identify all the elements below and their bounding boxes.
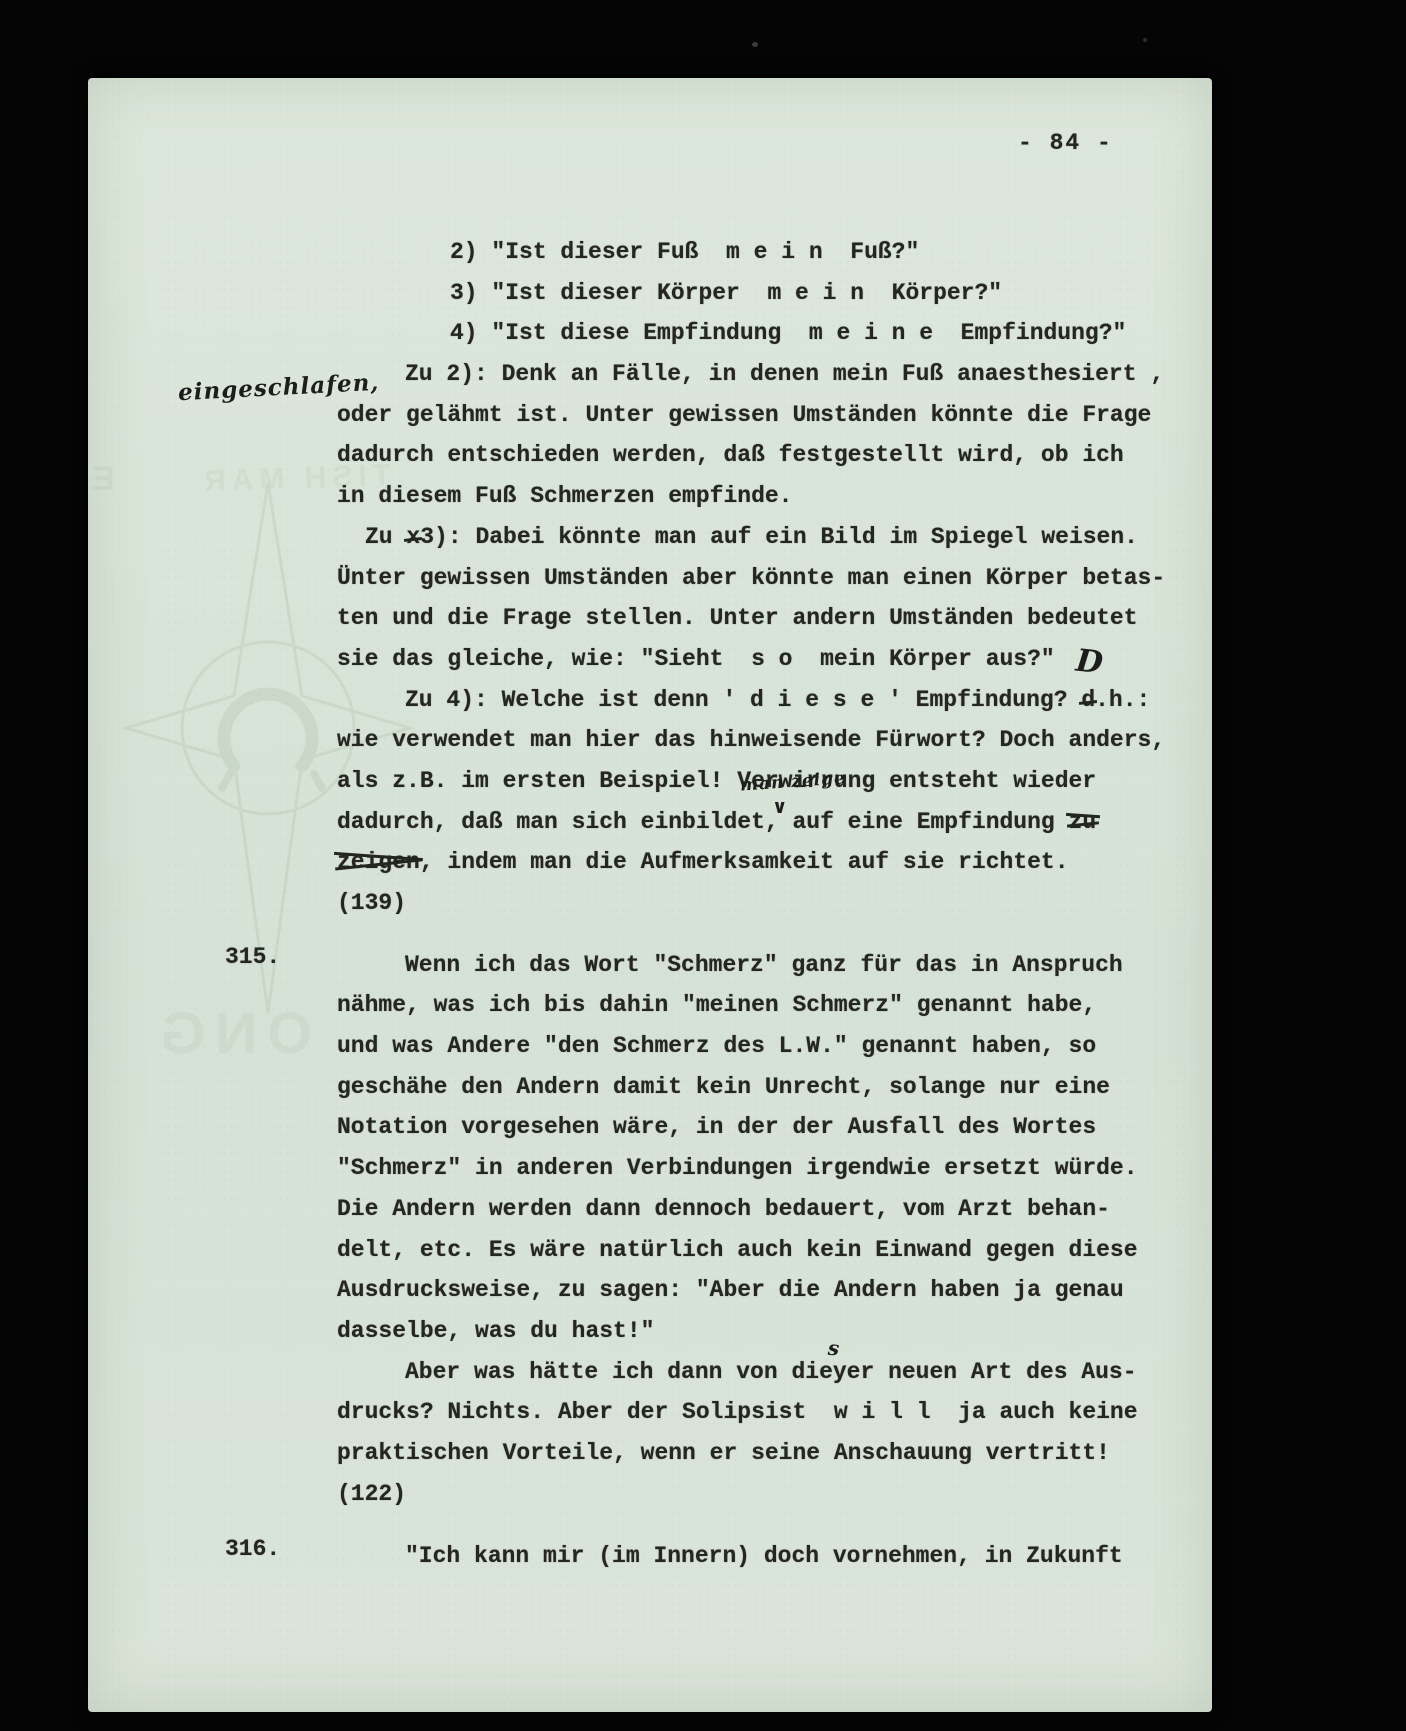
text-segment: sie das gleiche, wie: "Sieht s o mein Kö…: [337, 646, 1055, 672]
text-line: sie das gleiche, wie: "Sieht s o mein Kö…: [337, 639, 1177, 680]
text-segment: drucks? Nichts. Aber der Solipsist w i l…: [337, 1399, 1138, 1425]
text-segment: geschähe den Andern damit kein Unrecht, …: [337, 1074, 1110, 1100]
text-segment: ten und die Frage stellen. Unter andern …: [337, 605, 1138, 631]
section-number-315: 315.: [225, 944, 280, 970]
text-segment: .h.:: [1095, 687, 1150, 713]
text-line: oder gelähmt ist. Unter gewissen Umständ…: [337, 395, 1177, 436]
handwritten-correction-s: s: [827, 1336, 840, 1361]
text-segment: 4) "Ist diese Empfindung m e i n e Empfi…: [450, 320, 1126, 346]
text-segment: (122): [337, 1481, 406, 1507]
text-line: ten und die Frage stellen. Unter andern …: [337, 598, 1177, 639]
text-line: Zu 2): Denk an Fälle, in denen mein Fuß …: [337, 354, 1177, 395]
text-segment: als z.B. im ersten Beispiel! Verwirrung …: [337, 768, 1096, 794]
text-segment: in diesem Fuß Schmerzen empfinde.: [337, 483, 792, 509]
text-line: Zu x3): Dabei könnte man auf ein Bild im…: [337, 517, 1177, 558]
text-line: Ausdrucksweise, zu sagen: "Aber die Ande…: [337, 1270, 1177, 1311]
text-line: Ünter gewissen Umständen aber könnte man…: [337, 558, 1177, 599]
text-segment: "Schmerz" in anderen Verbindungen irgend…: [337, 1155, 1138, 1181]
text-segment: delt, etc. Es wäre natürlich auch kein E…: [337, 1237, 1138, 1263]
screenshot-root: { "page": { "number_label": "- 84 -", "s…: [0, 0, 1406, 1731]
text-line: (139): [337, 883, 1177, 924]
text-line: Aber was hätte ich dann von dieyer neuen…: [337, 1352, 1177, 1393]
text-segment: und was Andere "den Schmerz des L.W." ge…: [337, 1033, 1096, 1059]
text-line: Die Andern werden dann dennoch bedauert,…: [337, 1189, 1177, 1230]
text-line: wie verwendet man hier das hinweisende F…: [337, 720, 1177, 761]
text-segment: dadurch entschieden werden, daß festgest…: [337, 442, 1124, 468]
text-segment: , indem man die Aufmerksamkeit auf sie r…: [420, 849, 1069, 875]
text-segment: Wenn ich das Wort "Schmerz" ganz für das…: [405, 952, 1123, 978]
text-segment: Zu 2): Denk an Fälle, in denen mein Fuß …: [405, 361, 1164, 387]
text-segment: Ausdrucksweise, zu sagen: "Aber die Ande…: [337, 1277, 1124, 1303]
text-segment: (139): [337, 890, 406, 916]
text-segment: oder gelähmt ist. Unter gewissen Umständ…: [337, 402, 1151, 428]
insertion-caret: ∨: [772, 796, 787, 818]
text-line: Notation vorgesehen wäre, in der der Aus…: [337, 1107, 1177, 1148]
text-line: zeigen, indem man die Aufmerksamkeit auf…: [337, 842, 1177, 883]
struck-text: zeigen: [337, 842, 420, 883]
watermark-text-fragment: E: [92, 460, 115, 499]
dust-speck: [752, 42, 758, 47]
text-segment: Die Andern werden dann dennoch bedauert,…: [337, 1196, 1110, 1222]
text-line: Zu 4): Welche ist denn ' d i e s e ' Emp…: [337, 680, 1177, 721]
text-segment: Notation vorgesehen wäre, in der der Aus…: [337, 1114, 1096, 1140]
text-line: in diesem Fuß Schmerzen empfinde.: [337, 476, 1177, 517]
text-line: "Ich kann mir (im Innern) doch vornehmen…: [337, 1536, 1177, 1577]
text-line: "Schmerz" in anderen Verbindungen irgend…: [337, 1148, 1177, 1189]
text-line: und was Andere "den Schmerz des L.W." ge…: [337, 1026, 1177, 1067]
text-segment: "Ich kann mir (im Innern) doch vornehmen…: [405, 1543, 1123, 1569]
text-line: geschähe den Andern damit kein Unrecht, …: [337, 1067, 1177, 1108]
text-line: nähme, was ich bis dahin "meinen Schmerz…: [337, 985, 1177, 1026]
text-line: dasselbe, was du hast!": [337, 1311, 1177, 1352]
text-segment: 2) "Ist dieser Fuß m e i n Fuß?": [450, 239, 919, 265]
text-line: (122): [337, 1474, 1177, 1515]
struck-text: d: [1081, 680, 1095, 721]
handwritten-correction-d: D: [1074, 643, 1105, 682]
page-number: - 84 -: [1018, 130, 1113, 156]
text-segment: dadurch, daß man sich einbildet, auf ein…: [337, 809, 1069, 835]
text-segment: Zu 4): Welche ist denn ' d i e s e ' Emp…: [405, 687, 1081, 713]
text-line: 2) "Ist dieser Fuß m e i n Fuß?": [337, 232, 1177, 273]
section-number-316: 316.: [225, 1536, 280, 1562]
text-segment: 3) "Ist dieser Körper m e i n Körper?": [450, 280, 1002, 306]
text-segment: dasselbe, was du hast!": [337, 1318, 654, 1344]
typed-text-block: 2) "Ist dieser Fuß m e i n Fuß?"3) "Ist …: [337, 232, 1177, 1577]
text-line: delt, etc. Es wäre natürlich auch kein E…: [337, 1230, 1177, 1271]
paper-sheet: E TISH MAR ONG - 84 - 315. 316. 2) "Ist …: [88, 78, 1212, 1712]
text-line: dadurch, daß man sich einbildet, auf ein…: [337, 802, 1177, 843]
text-line: dadurch entschieden werden, daß festgest…: [337, 435, 1177, 476]
watermark-text-fragment: ONG: [150, 1000, 312, 1067]
text-line: Wenn ich das Wort "Schmerz" ganz für das…: [337, 945, 1177, 986]
dust-speck: [1143, 38, 1147, 42]
struck-text: x: [406, 517, 420, 558]
text-segment: praktischen Vorteile, wenn er seine Ansc…: [337, 1440, 1110, 1466]
text-line: praktischen Vorteile, wenn er seine Ansc…: [337, 1433, 1177, 1474]
text-line: 4) "Ist diese Empfindung m e i n e Empfi…: [337, 313, 1177, 354]
text-segment: 3): Dabei könnte man auf ein Bild im Spi…: [420, 524, 1138, 550]
text-line: 3) "Ist dieser Körper m e i n Körper?": [337, 273, 1177, 314]
struck-text: zu: [1069, 802, 1097, 843]
text-segment: wie verwendet man hier das hinweisende F…: [337, 727, 1165, 753]
text-segment: nähme, was ich bis dahin "meinen Schmerz…: [337, 992, 1096, 1018]
text-line: drucks? Nichts. Aber der Solipsist w i l…: [337, 1392, 1177, 1433]
text-segment: Aber was hätte ich dann von dieyer neuen…: [405, 1359, 1137, 1385]
text-segment: Ünter gewissen Umständen aber könnte man…: [337, 565, 1165, 591]
text-segment: Zu: [365, 524, 406, 550]
